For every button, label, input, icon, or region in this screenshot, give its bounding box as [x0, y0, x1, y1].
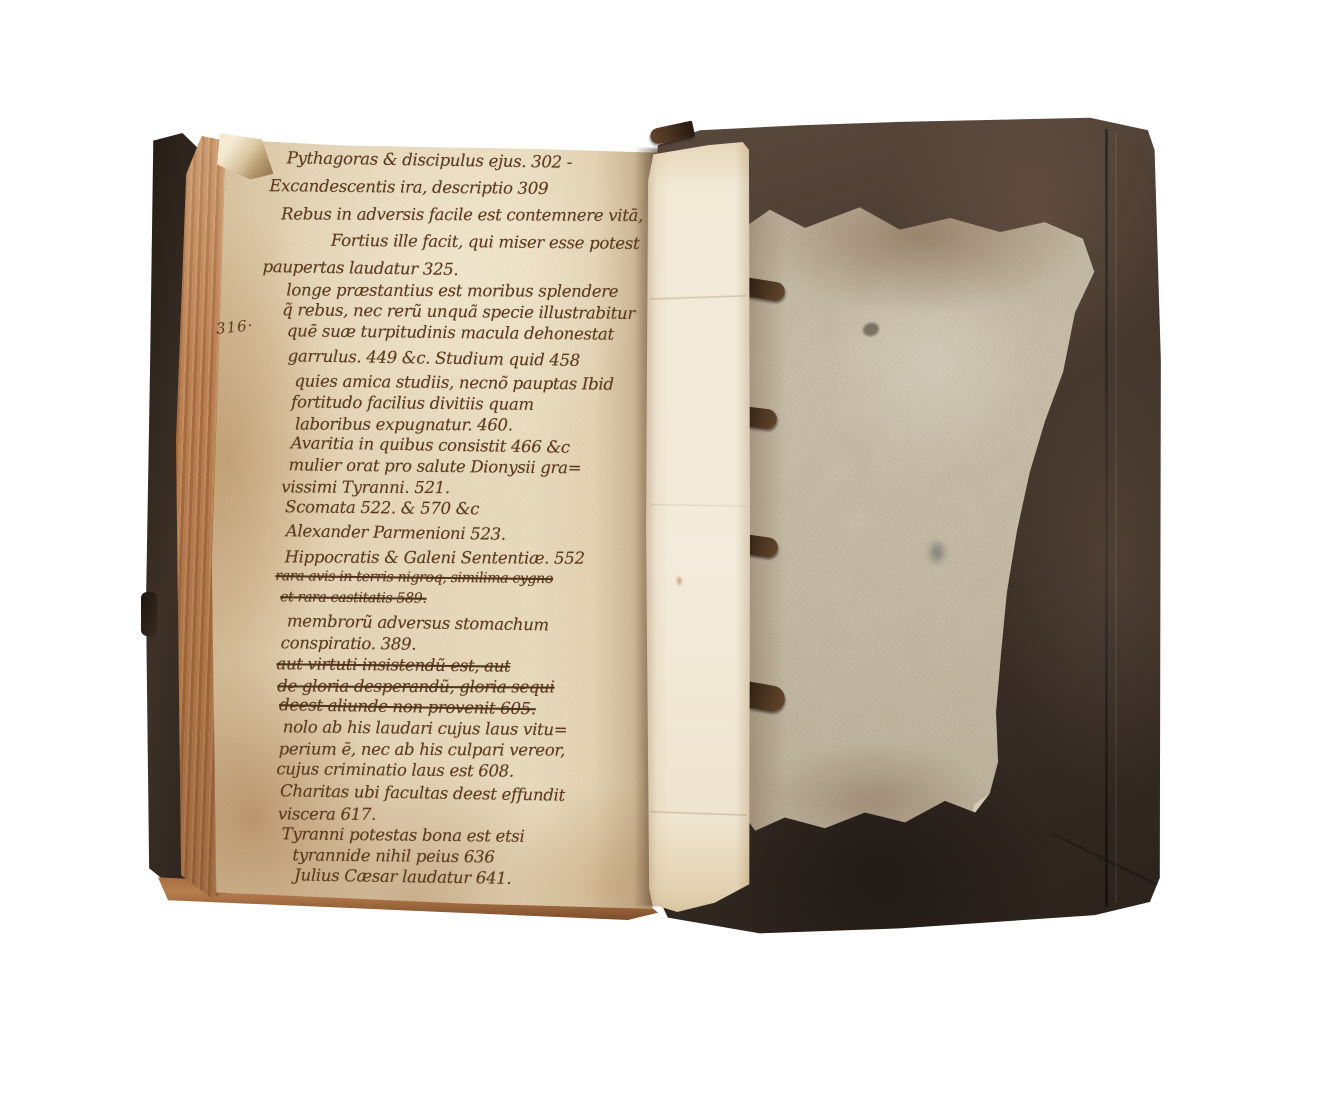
strip-crease — [650, 810, 746, 816]
strip-crease — [650, 503, 746, 508]
manuscript-line: Alexander Parmenioni 523. — [286, 520, 662, 547]
board-edge-ridge — [1115, 133, 1117, 903]
manuscript-line: vissimi Tyranni. 521. — [281, 476, 662, 499]
manuscript-line: Hippocratis & Galeni Sententiæ. 552 — [285, 546, 662, 569]
manuscript-text: Pythagoras & discipulus ejus. 302 -Excan… — [234, 148, 666, 890]
strip-crease — [650, 294, 746, 300]
manuscript-line: cujus criminatio laus est 608. — [276, 758, 659, 783]
manuscript-line: longe præstantius est moribus splendere — [286, 279, 664, 302]
manuscript-line: Scomata 522. & 570 &c — [285, 496, 662, 521]
damp-stain — [739, 195, 1103, 327]
manuscript-line: fortitudo facilius divitiis quam — [291, 391, 663, 416]
ink-smudge — [926, 538, 948, 566]
manuscript-line: Fortius ille facit, qui miser esse potes… — [331, 230, 665, 254]
manuscript-line: et rara castitatis 589. — [280, 587, 661, 612]
board-edge-ridge — [1105, 129, 1108, 907]
manuscript-line: Excandescentis ira, descriptio 309 — [269, 175, 665, 200]
manuscript-line: Rebus in adversis facile est contemnere … — [281, 203, 665, 226]
manuscript-line: garrulus. 449 &c. Studium quid 458 — [288, 345, 664, 372]
leather-crease — [1050, 832, 1204, 908]
manuscript-line: quē suæ turpitudinis macula dehonestat — [287, 320, 664, 345]
damp-stain — [749, 725, 999, 833]
manuscript-line: Pythagoras & discipulus ejus. 302 - — [287, 147, 666, 174]
manuscript-line: viscera 617. — [278, 803, 659, 826]
clasp-remnant — [141, 592, 157, 636]
photo-of-open-manuscript-book: 316· Pythagoras & discipulus ejus. 302 -… — [0, 0, 1332, 1106]
manuscript-line: aut virtuti insistendũ est, aut — [276, 653, 660, 678]
manuscript-line: perium ē, nec ab his culpari vereor, — [279, 738, 660, 761]
vellum-guard-strip — [646, 142, 750, 912]
